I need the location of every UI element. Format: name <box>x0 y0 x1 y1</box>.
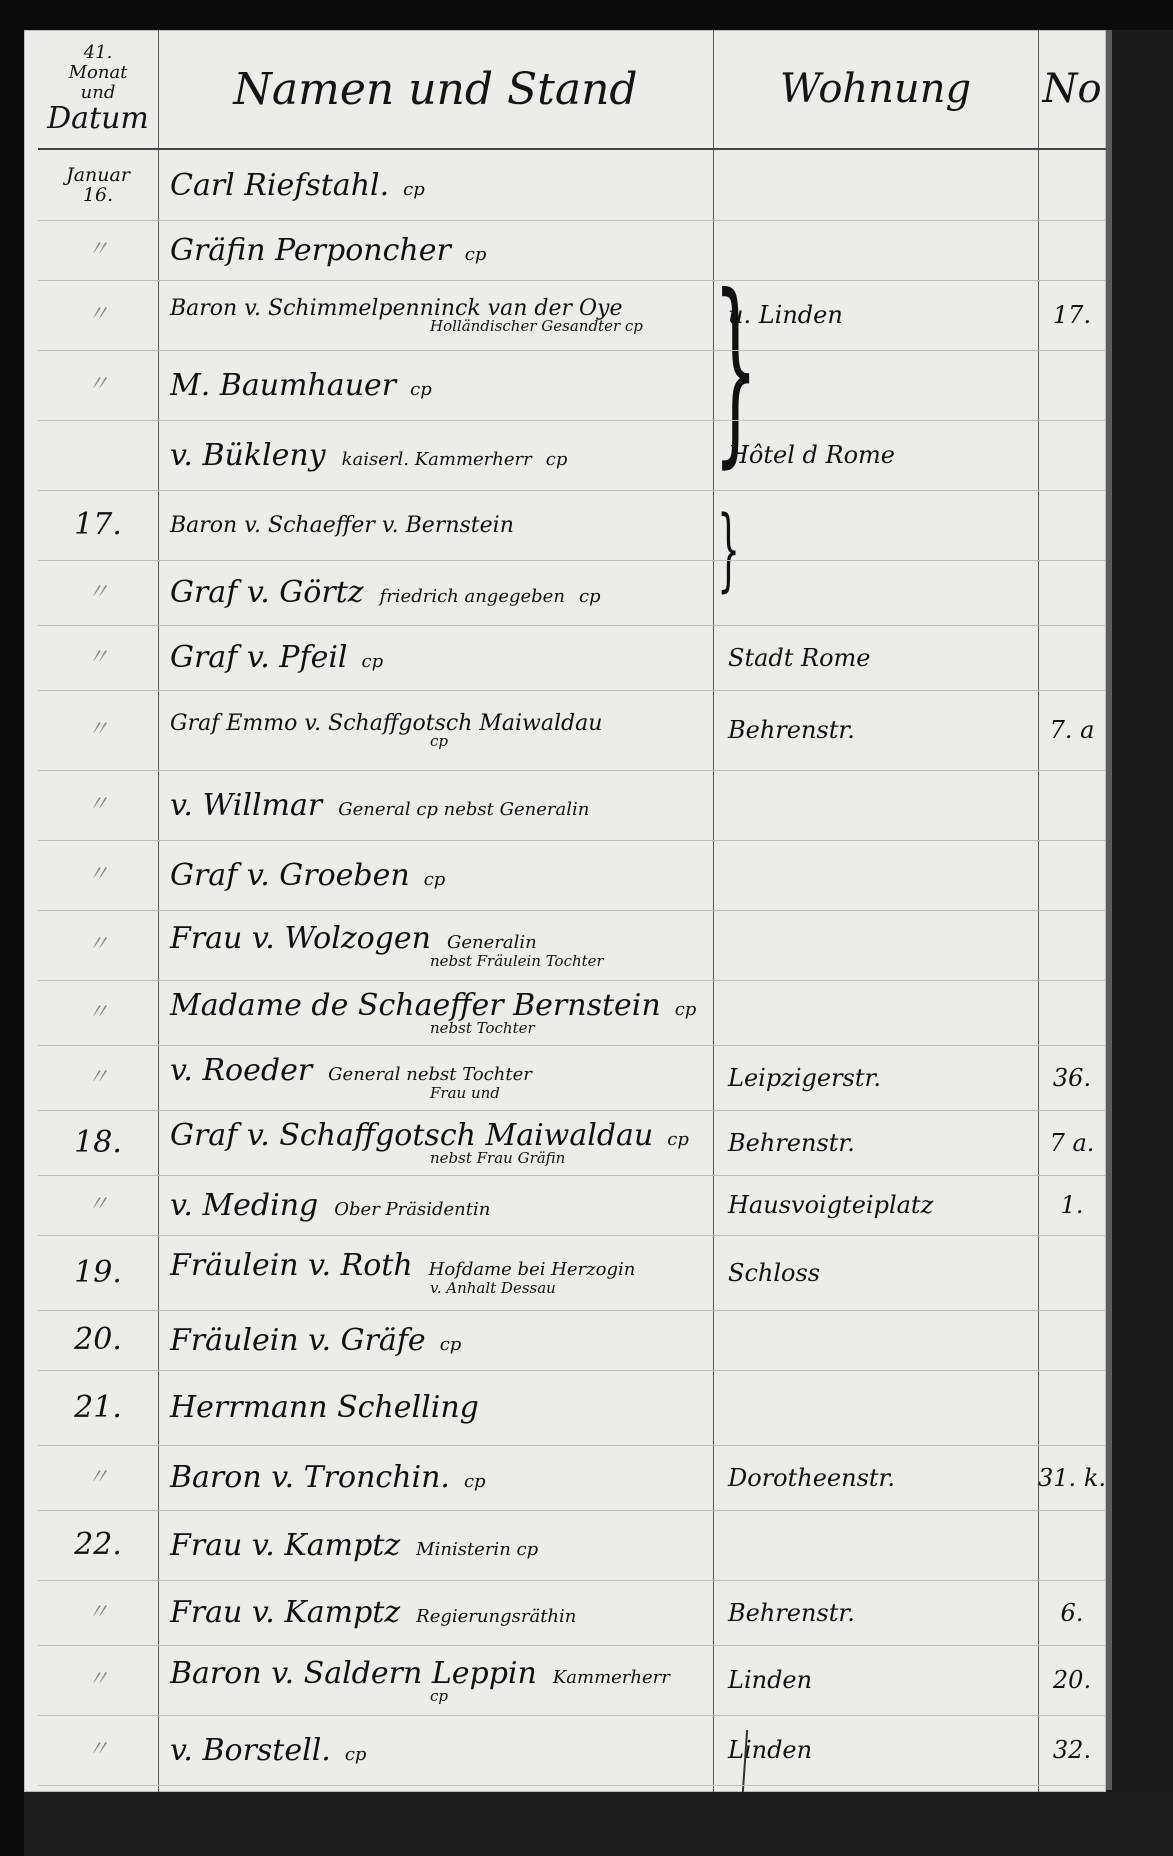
entry-address: Behrenstr. <box>728 690 1038 770</box>
row-rule <box>38 1110 1106 1111</box>
entry-date-value: 19. <box>74 1260 122 1286</box>
row-rule <box>38 690 1106 691</box>
entry-name: Frau v. Wolzogen <box>170 921 431 956</box>
register-row: 21.Herrmann Schelling <box>38 1370 1106 1445</box>
row-rule <box>38 1510 1106 1511</box>
entry-date-value: 〃 <box>87 372 109 398</box>
entry-subnote: nebst Frau Gräfin <box>430 1149 715 1167</box>
row-rule <box>38 1175 1106 1176</box>
entry-subnote: Frau und <box>430 1084 715 1102</box>
register-row: 〃Graf Emmo v. Schaffgotsch MaiwaldaucpBe… <box>38 690 1106 770</box>
register-row: v. Büklenykaiserl. KammerherrcpHôtel d R… <box>38 420 1106 490</box>
entry-house-number <box>1038 420 1106 490</box>
entry-cp-mark: cp <box>440 1334 462 1355</box>
header-date-und-label: und <box>81 83 116 103</box>
register-row: Januar16.Carl Riefstahl.cp <box>38 150 1106 220</box>
entry-address: Hôtel d Rome <box>728 420 1038 490</box>
entry-house-number <box>1038 770 1106 840</box>
entry-date: 〃 <box>38 1175 158 1235</box>
entry-name: Carl Riefstahl. <box>170 168 389 203</box>
entry-house-number <box>1038 150 1106 220</box>
entry-house-number: 6. <box>1038 1580 1106 1645</box>
header-date-month-label: Monat <box>69 63 128 83</box>
register-row: 〃Graf v. Görtzfriedrich angegebencp <box>38 560 1106 625</box>
entry-house-number: 1. <box>1038 1175 1106 1235</box>
row-rule <box>38 420 1106 421</box>
month-label: Januar <box>66 165 130 185</box>
register-row: 〃Graf v. PfeilcpStadt Rome <box>38 625 1106 690</box>
entry-house-number: 17. <box>1038 280 1106 350</box>
entry-name-and-rank: Frau v. WolzogenGeneralinnebst Fräulein … <box>170 910 715 980</box>
header-name: Namen und Stand <box>158 30 713 148</box>
entry-rank-note: General cp nebst Generalin <box>338 799 589 820</box>
entry-address: Linden <box>728 1645 1038 1715</box>
entry-rank-note: Generalin <box>447 932 537 953</box>
entry-date-value: 〃 <box>87 302 109 328</box>
entry-cp-mark: cp <box>465 244 487 265</box>
entry-name-and-rank: Graf v. Schaffgotsch Maiwaldaucpnebst Fr… <box>170 1110 715 1175</box>
entry-cp-mark: cp <box>579 586 601 607</box>
entry-date-value: 22. <box>74 1532 122 1558</box>
entry-rank-note: Regierungsräthin <box>416 1606 576 1627</box>
entry-house-number <box>1038 910 1106 980</box>
row-rule <box>38 1235 1106 1236</box>
entry-rank-note: friedrich angegeben <box>380 586 565 607</box>
brace-group-1: } <box>713 270 758 470</box>
entry-date: 〃 <box>38 1645 158 1715</box>
entry-address <box>728 840 1038 910</box>
entry-date: 〃 <box>38 910 158 980</box>
entry-date: 〃 <box>38 625 158 690</box>
entry-name-and-rank: v. Borstell.cp <box>170 1715 715 1785</box>
register-row: 20.Fräulein v. Gräfecp <box>38 1310 1106 1370</box>
entry-name: Graf v. Schaffgotsch Maiwaldau <box>170 1118 653 1153</box>
entry-date: 〃 <box>38 1715 158 1785</box>
entry-date-value: 〃 <box>87 1065 109 1091</box>
entry-cp-mark: cp <box>546 449 568 470</box>
page-right-edge <box>1106 30 1173 1856</box>
row-rule <box>38 490 1106 491</box>
header-date-page-number: 41. <box>84 43 113 63</box>
entry-date-value: 〃 <box>87 645 109 671</box>
entry-name: Graf v. Pfeil <box>170 640 348 675</box>
entry-name: Baron v. Schaeffer v. Bernstein <box>170 513 514 538</box>
entry-name-and-rank: v. MedingOber Präsidentin <box>170 1175 715 1235</box>
row-rule <box>38 1045 1106 1046</box>
entry-name: Gräfin Perponcher <box>170 233 451 268</box>
entry-name-and-rank: Fräulein v. RothHofdame bei Herzoginv. A… <box>170 1235 715 1310</box>
row-rule <box>38 980 1106 981</box>
entry-name-and-rank: v. WillmarGeneral cp nebst Generalin <box>170 770 715 840</box>
table-header: 41. Monat und Datum Namen und Stand Wohn… <box>38 30 1106 148</box>
entry-date-value: 〃 <box>87 1000 109 1026</box>
entry-date: 〃 <box>38 1445 158 1510</box>
entry-cp-mark: cp <box>362 651 384 672</box>
entry-address <box>728 220 1038 280</box>
register-row: 〃v. WillmarGeneral cp nebst Generalin <box>38 770 1106 840</box>
entry-name: Herrmann Schelling <box>170 1390 479 1425</box>
entry-address <box>728 350 1038 420</box>
entry-date-value: 〃 <box>87 1667 109 1693</box>
entry-date-value: 〃 <box>87 717 109 743</box>
entry-date: 22. <box>38 1510 158 1580</box>
entry-address: Linden <box>728 1715 1038 1785</box>
entry-name: Baron v. Saldern Leppin <box>170 1656 537 1691</box>
entry-name: v. Roeder <box>170 1053 312 1088</box>
entry-date: 19. <box>38 1235 158 1310</box>
header-date: 41. Monat und Datum <box>38 30 158 148</box>
entry-house-number <box>1038 625 1106 690</box>
entry-house-number <box>1038 560 1106 625</box>
entry-name: Fräulein v. Gräfe <box>170 1323 426 1358</box>
entry-date: 〃 <box>38 220 158 280</box>
entry-name-and-rank: Graf v. Groebencp <box>170 840 715 910</box>
entry-address: Behrenstr. <box>728 1580 1038 1645</box>
row-rule <box>38 910 1106 911</box>
entry-address <box>728 1310 1038 1370</box>
entry-address: Behrenstr. <box>728 1110 1038 1175</box>
entry-date: 〃 <box>38 350 158 420</box>
entry-house-number: 32. <box>1038 1715 1106 1785</box>
row-rule <box>38 560 1106 561</box>
register-row: 〃M. Baumhauercp <box>38 350 1106 420</box>
register-row: 22.Frau v. KamptzMinisterin cp <box>38 1510 1106 1580</box>
register-row: 〃Baron v. Schimmelpenninck van der OyeHo… <box>38 280 1106 350</box>
entry-name-and-rank: Baron v. Tronchin.cp <box>170 1445 715 1510</box>
register-row: 〃Baron v. Saldern LeppinKammerherrcpLind… <box>38 1645 1106 1715</box>
entry-house-number: 7. a <box>1038 690 1106 770</box>
entry-subnote: nebst Tochter <box>430 1019 715 1037</box>
entry-date: Januar16. <box>38 150 158 220</box>
row-rule <box>38 1785 1106 1786</box>
entry-date-value: 〃 <box>87 862 109 888</box>
entry-date: 〃 <box>38 1045 158 1110</box>
entry-rank-note: Hofdame bei Herzogin <box>429 1259 636 1280</box>
entry-date: 〃 <box>38 560 158 625</box>
entry-address: Hausvoigteiplatz <box>728 1175 1038 1235</box>
row-rule <box>38 220 1106 221</box>
entry-name-and-rank: Madame de Schaeffer Bernsteincpnebst Toc… <box>170 980 715 1045</box>
header-number: No <box>1038 30 1106 148</box>
entry-date: 〃 <box>38 280 158 350</box>
row-rule <box>38 840 1106 841</box>
entry-subnote: Holländischer Gesandter cp <box>430 317 715 335</box>
entry-cp-mark: cp <box>403 179 425 200</box>
entry-name-and-rank: v. Büklenykaiserl. Kammerherrcp <box>170 420 715 490</box>
entry-address <box>728 560 1038 625</box>
entry-name: v. Bükleny <box>170 438 326 473</box>
row-rule <box>38 625 1106 626</box>
entry-name: M. Baumhauer <box>170 368 396 403</box>
entry-date-value: 20. <box>74 1327 122 1353</box>
entry-name: Madame de Schaeffer Bernstein <box>170 988 661 1023</box>
entry-cp-mark: cp <box>424 869 446 890</box>
entry-cp-mark: cp <box>410 379 432 400</box>
entry-date-value: 〃 <box>87 1737 109 1763</box>
register-row: 〃Frau v. WolzogenGeneralinnebst Fräulein… <box>38 910 1106 980</box>
entry-name-and-rank: Herrmann Schelling <box>170 1370 715 1445</box>
entry-date: 21. <box>38 1370 158 1445</box>
entry-name-and-rank: M. Baumhauercp <box>170 350 715 420</box>
entry-date: 〃 <box>38 690 158 770</box>
entry-address: Leipzigerstr. <box>728 1045 1038 1110</box>
entry-rank-note: General nebst Tochter <box>328 1064 532 1085</box>
entry-name-and-rank: Frau v. KamptzMinisterin cp <box>170 1510 715 1580</box>
register-row: 〃Frau v. KamptzRegierungsräthinBehrenstr… <box>38 1580 1106 1645</box>
entry-date-value: 21. <box>74 1395 122 1421</box>
entry-date-value: 〃 <box>87 792 109 818</box>
register-row: 〃Baron v. Tronchin.cpDorotheenstr.31. k. <box>38 1445 1106 1510</box>
entry-cp-mark: cp <box>345 1744 367 1765</box>
register-row: 19.Fräulein v. RothHofdame bei Herzoginv… <box>38 1235 1106 1310</box>
entry-name-and-rank: Gräfin Perponchercp <box>170 220 715 280</box>
entry-date-value: 16. <box>83 185 113 205</box>
register-row: 〃Gräfin Perponchercp <box>38 220 1106 280</box>
row-rule <box>38 280 1106 281</box>
row-rule <box>38 1310 1106 1311</box>
entry-date: 〃 <box>38 1580 158 1645</box>
entry-cp-mark: cp <box>464 1471 486 1492</box>
header-address: Wohnung <box>713 30 1038 148</box>
entry-date-value: 17. <box>74 512 122 538</box>
entry-name: Frau v. Kamptz <box>170 1595 400 1630</box>
entry-date-value: 18. <box>74 1130 122 1156</box>
entry-date-value: 〃 <box>87 1600 109 1626</box>
entry-address: Stadt Rome <box>728 625 1038 690</box>
entry-house-number: 7 a. <box>1038 1110 1106 1175</box>
entry-address <box>728 150 1038 220</box>
entry-name-and-rank: Carl Riefstahl.cp <box>170 150 715 220</box>
entry-name: v. Meding <box>170 1188 318 1223</box>
entry-date-value: 〃 <box>87 237 109 263</box>
entry-date: 17. <box>38 490 158 560</box>
entry-house-number <box>1038 1510 1106 1580</box>
entry-name-and-rank: Graf v. Pfeilcp <box>170 625 715 690</box>
register-row: 〃v. MedingOber PräsidentinHausvoigteipla… <box>38 1175 1106 1235</box>
row-rule <box>38 770 1106 771</box>
register-row: 18.Graf v. Schaffgotsch Maiwaldaucpnebst… <box>38 1110 1106 1175</box>
entry-date: 〃 <box>38 770 158 840</box>
entry-cp-mark: cp <box>667 1129 689 1150</box>
entry-house-number <box>1038 490 1106 560</box>
entry-house-number: 31. k. <box>1038 1445 1106 1510</box>
entry-date <box>38 420 158 490</box>
entry-name: v. Willmar <box>170 788 322 823</box>
entry-rank-note: Ober Präsidentin <box>334 1199 490 1220</box>
entry-name-and-rank: Baron v. Schaeffer v. Bernstein <box>170 490 715 560</box>
entry-cp-mark: cp <box>675 999 697 1020</box>
entry-name: Frau v. Kamptz <box>170 1528 400 1563</box>
row-rule <box>38 1715 1106 1716</box>
entry-name: Fräulein v. Roth <box>170 1248 413 1283</box>
entry-date-value: 〃 <box>87 932 109 958</box>
page-bottom-edge <box>24 1792 1173 1856</box>
entry-date: 20. <box>38 1310 158 1370</box>
entry-house-number <box>1038 1235 1106 1310</box>
register-row: 〃v. RoederGeneral nebst TochterFrau undL… <box>38 1045 1106 1110</box>
entry-house-number <box>1038 980 1106 1045</box>
register-row: 〃Madame de Schaeffer Bernsteincpnebst To… <box>38 980 1106 1045</box>
entry-date-value: 〃 <box>87 1465 109 1491</box>
entry-house-number <box>1038 1370 1106 1445</box>
row-rule <box>38 1445 1106 1446</box>
entry-name: Graf v. Görtz <box>170 575 364 610</box>
entry-address <box>728 1370 1038 1445</box>
row-rule <box>38 350 1106 351</box>
register-row: 17.Baron v. Schaeffer v. Bernstein <box>38 490 1106 560</box>
entry-house-number <box>1038 350 1106 420</box>
entry-address: u. Linden <box>728 280 1038 350</box>
entry-date: 〃 <box>38 840 158 910</box>
entry-name-and-rank: v. RoederGeneral nebst TochterFrau und <box>170 1045 715 1110</box>
entry-name-and-rank: Baron v. Schimmelpenninck van der OyeHol… <box>170 280 715 350</box>
entry-address: Schloss <box>728 1235 1038 1310</box>
entry-address <box>728 770 1038 840</box>
entry-subnote: v. Anhalt Dessau <box>430 1279 715 1297</box>
entry-house-number <box>1038 840 1106 910</box>
entry-name: Graf v. Groeben <box>170 858 410 893</box>
entry-address <box>728 910 1038 980</box>
entry-name-and-rank: Baron v. Saldern LeppinKammerherrcp <box>170 1645 715 1715</box>
entry-house-number <box>1038 1310 1106 1370</box>
entry-name: v. Borstell. <box>170 1733 331 1768</box>
entry-rank-note: Kammerherr <box>553 1667 670 1688</box>
entry-name-and-rank: Frau v. KamptzRegierungsräthin <box>170 1580 715 1645</box>
row-rule <box>38 1645 1106 1646</box>
entry-date: 〃 <box>38 980 158 1045</box>
entry-name-and-rank: Graf v. Görtzfriedrich angegebencp <box>170 560 715 625</box>
register-row: 〃Graf v. Groebencp <box>38 840 1106 910</box>
entry-address <box>728 1510 1038 1580</box>
entry-subnote: cp <box>430 1687 715 1705</box>
entry-address: Dorotheenstr. <box>728 1445 1038 1510</box>
entry-subnote: cp <box>430 732 715 750</box>
row-rule <box>38 1370 1106 1371</box>
entry-house-number <box>1038 220 1106 280</box>
entry-date: 18. <box>38 1110 158 1175</box>
entry-rank-note: kaiserl. Kammerherr <box>342 449 532 470</box>
entry-name-and-rank: Fräulein v. Gräfecp <box>170 1310 715 1370</box>
brace-group-2: } <box>717 505 740 595</box>
entry-name: Baron v. Tronchin. <box>170 1460 450 1495</box>
entry-date-value: 〃 <box>87 1192 109 1218</box>
entry-name-and-rank: Graf Emmo v. Schaffgotsch Maiwaldaucp <box>170 690 715 770</box>
entry-subnote: nebst Fräulein Tochter <box>430 952 715 970</box>
entry-address <box>728 490 1038 560</box>
entry-date-value: 〃 <box>87 580 109 606</box>
header-date-datum-label: Datum <box>47 103 149 135</box>
register-row: 〃v. Borstell.cpLinden32. <box>38 1715 1106 1785</box>
entry-house-number: 20. <box>1038 1645 1106 1715</box>
entry-address <box>728 980 1038 1045</box>
entry-rank-note: Ministerin cp <box>416 1539 538 1560</box>
entry-house-number: 36. <box>1038 1045 1106 1110</box>
row-rule <box>38 1580 1106 1581</box>
